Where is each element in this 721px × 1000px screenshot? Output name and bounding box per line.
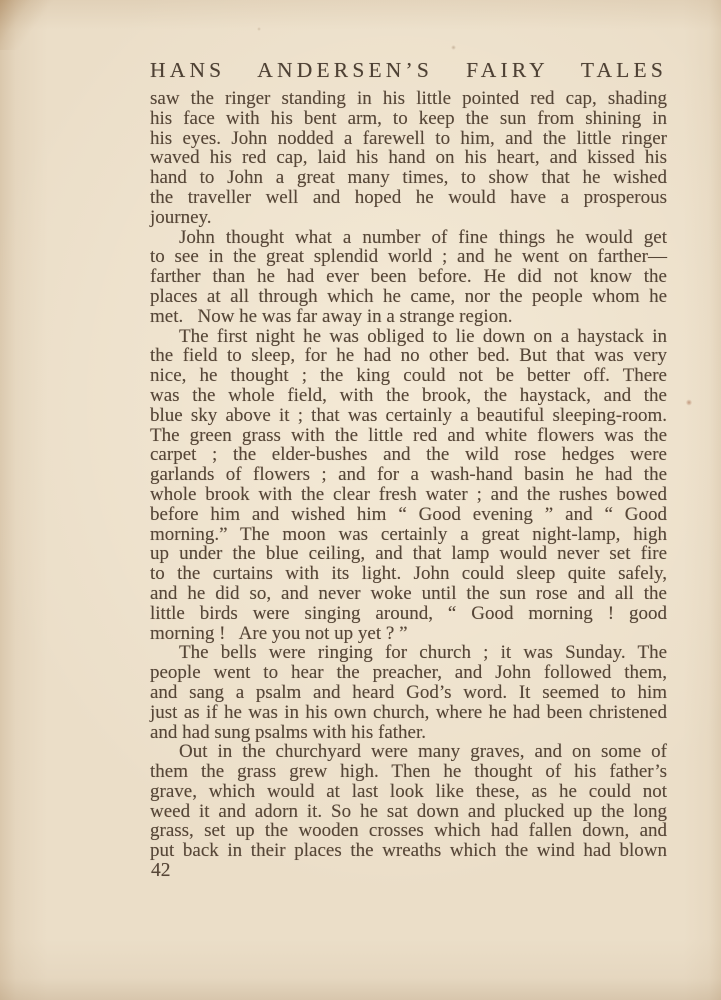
text-line: The first night he was obliged to lie do… bbox=[150, 327, 667, 347]
text-line: places at all through which he came, nor… bbox=[150, 287, 667, 307]
paragraph: The bells were ringing for church ; it w… bbox=[150, 643, 667, 742]
text-line: John thought what a number of fine thing… bbox=[150, 228, 667, 248]
paper-speck bbox=[451, 45, 456, 50]
text-line: waved his red cap, laid his hand on his … bbox=[150, 148, 667, 168]
text-line: was the whole field, with the brook, the… bbox=[150, 386, 667, 406]
text-line: before him and wished him “ Good evening… bbox=[150, 505, 667, 525]
paragraph: Out in the churchyard were many graves, … bbox=[150, 742, 667, 861]
text-line: his face with his bent arm, to keep the … bbox=[150, 109, 667, 129]
text-line: to see in the great splendid world ; and… bbox=[150, 247, 667, 267]
text-line: little birds were singing around, “ Good… bbox=[150, 604, 667, 624]
text-line: morning.” The moon was certainly a great… bbox=[150, 525, 667, 545]
text-line: met. Now he was far away in a strange re… bbox=[150, 307, 667, 327]
text-line: The green grass with the little red and … bbox=[150, 426, 667, 446]
text-line: saw the ringer standing in his little po… bbox=[150, 89, 667, 109]
text-line: the traveller well and hoped he would ha… bbox=[150, 188, 667, 208]
paragraph: The first night he was obliged to lie do… bbox=[150, 327, 667, 644]
text-line: Out in the churchyard were many graves, … bbox=[150, 742, 667, 762]
text-line: garlands of flowers ; and for a wash-han… bbox=[150, 465, 667, 485]
text-line: and sang a psalm and heard God’s word. I… bbox=[150, 683, 667, 703]
page-corner-shadow bbox=[0, 0, 140, 50]
text-line: The bells were ringing for church ; it w… bbox=[150, 643, 667, 663]
text-line: put back in their places the wreaths whi… bbox=[150, 841, 667, 861]
book-page: HANS ANDERSEN’S FAIRY TALES saw the ring… bbox=[0, 0, 721, 1000]
text-line: just as if he was in his own church, whe… bbox=[150, 703, 667, 723]
text-line: nice, he thought ; the king could not be… bbox=[150, 366, 667, 386]
text-line: and he did so, and never woke until the … bbox=[150, 584, 667, 604]
text-line: people went to hear the preacher, and Jo… bbox=[150, 663, 667, 683]
text-line: his eyes. John nodded a farewell to him,… bbox=[150, 129, 667, 149]
text-line: carpet ; the elder-bushes and the wild r… bbox=[150, 445, 667, 465]
page-number: 42 bbox=[151, 861, 171, 881]
paper-speck bbox=[686, 399, 692, 406]
text-line: grave, which would at last look like the… bbox=[150, 782, 667, 802]
body-text-block: saw the ringer standing in his little po… bbox=[150, 89, 667, 861]
text-line: to the curtains with its light. John cou… bbox=[150, 564, 667, 584]
text-line: grass, set up the wooden crosses which h… bbox=[150, 821, 667, 841]
text-line: up under the blue ceiling, and that lamp… bbox=[150, 544, 667, 564]
paragraph: saw the ringer standing in his little po… bbox=[150, 89, 667, 228]
paragraph: John thought what a number of fine thing… bbox=[150, 228, 667, 327]
running-header: HANS ANDERSEN’S FAIRY TALES bbox=[150, 58, 667, 83]
text-line: them the grass grew high. Then he though… bbox=[150, 762, 667, 782]
text-line: morning ! Are you not up yet ? ” bbox=[150, 624, 667, 644]
text-line: blue sky above it ; that was certainly a… bbox=[150, 406, 667, 426]
text-line: whole brook with the clear fresh water ;… bbox=[150, 485, 667, 505]
text-line: journey. bbox=[150, 208, 667, 228]
text-line: weed it and adorn it. So he sat down and… bbox=[150, 802, 667, 822]
text-line: and had sung psalms with his father. bbox=[150, 723, 667, 743]
paper-speck bbox=[257, 27, 261, 31]
text-line: hand to John a great many times, to show… bbox=[150, 168, 667, 188]
text-line: the field to sleep, for he had no other … bbox=[150, 346, 667, 366]
text-line: farther than he had ever been before. He… bbox=[150, 267, 667, 287]
